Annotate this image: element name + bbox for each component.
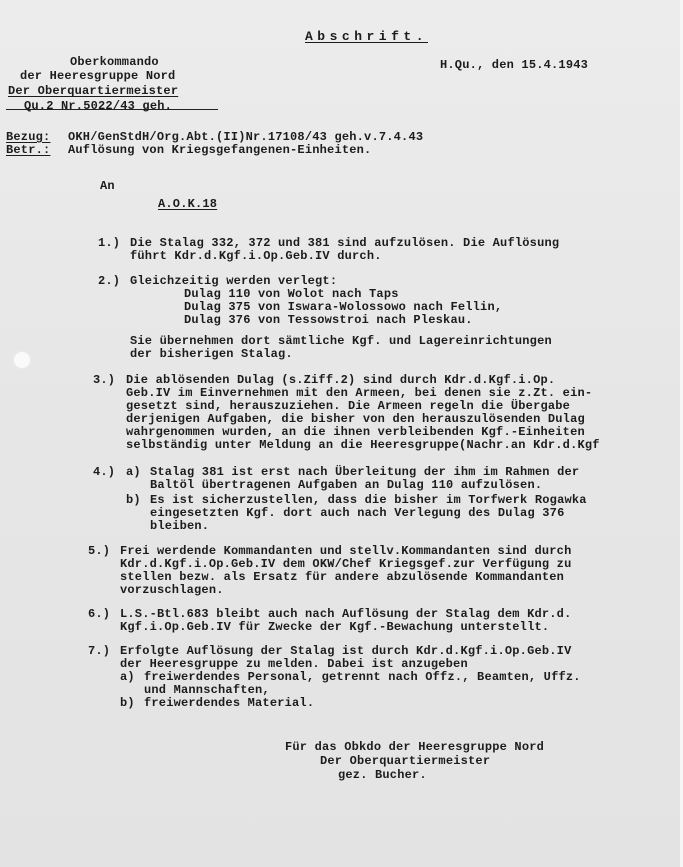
item-text-line: der bisherigen Stalag. — [130, 348, 293, 361]
signature-line-1: Für das Obkdo der Heeresgruppe Nord — [285, 741, 544, 754]
addressee-unit: A.O.K.18 — [158, 198, 217, 211]
sub-item-label: b) — [120, 697, 135, 710]
sender-line-3: Der Oberquartiermeister — [8, 85, 178, 98]
item-text-line: selbständig unter Meldung an die Heeresg… — [126, 439, 600, 452]
sender-line-2: der Heeresgruppe Nord — [20, 70, 175, 83]
sub-item-label: a) — [126, 466, 141, 479]
sub-item-text-line: eingesetzten Kgf. dort auch nach Verlegu… — [150, 507, 564, 520]
item-text-line: führt Kdr.d.Kgf.i.Op.Geb.IV durch. — [130, 250, 382, 263]
sender-line-1: Oberkommando — [70, 56, 159, 69]
transfer-line: Dulag 376 von Tessowstroi nach Pleskau. — [184, 314, 473, 327]
sub-item-text-line: Baltöl übertragenen Aufgaben an Dulag 11… — [150, 479, 542, 492]
item-number: 7.) — [88, 645, 110, 658]
item-number: 1.) — [98, 237, 120, 250]
place-date: H.Qu., den 15.4.1943 — [440, 59, 588, 72]
sub-item-text-line: freiwerdendes Material. — [144, 697, 314, 710]
item-number: 6.) — [88, 608, 110, 621]
sub-item-text-line: bleiben. — [150, 520, 209, 533]
addressee-an: An — [100, 180, 115, 193]
signature-line-2: Der Oberquartiermeister — [320, 755, 490, 768]
document-title: Abschrift. — [305, 30, 428, 43]
punch-hole — [14, 352, 30, 368]
sub-item-label: a) — [120, 671, 135, 684]
item-number: 3.) — [93, 374, 115, 387]
item-number: 2.) — [98, 275, 120, 288]
item-number: 4.) — [93, 466, 115, 479]
item-text-line: Kgf.i.Op.Geb.IV für Zwecke der Kgf.-Bewa… — [120, 621, 549, 634]
item-text-line: vorzuschlagen. — [120, 584, 224, 597]
document-page: Abschrift. Oberkommando der Heeresgruppe… — [0, 0, 683, 867]
item-number: 5.) — [88, 545, 110, 558]
signature-line-3: gez. Bucher. — [338, 769, 427, 782]
sub-item-label: b) — [126, 494, 141, 507]
sender-reference-number: Qu.2 Nr.5022/43 geh. — [24, 100, 172, 113]
betr-label: Betr.: — [6, 144, 50, 157]
betr-text: Auflösung von Kriegsgefangenen-Einheiten… — [68, 144, 371, 157]
